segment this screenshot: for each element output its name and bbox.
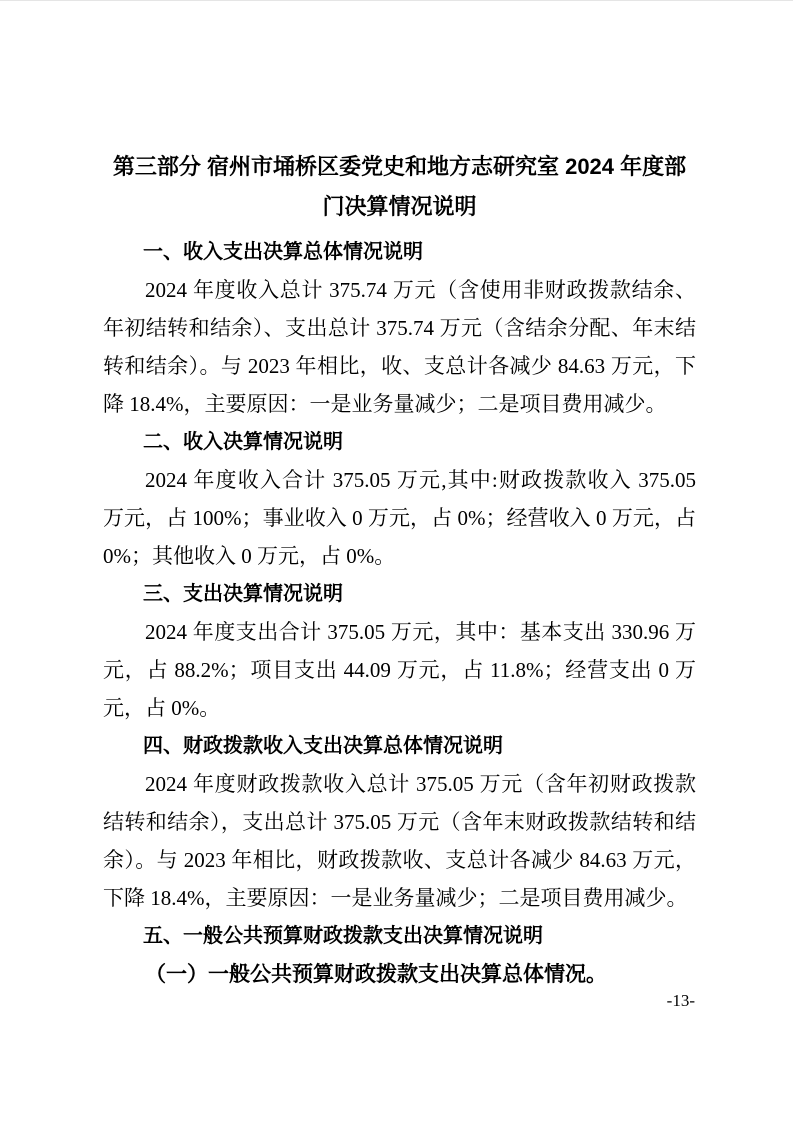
- section-1-heading: 一、收入支出决算总体情况说明: [103, 233, 696, 271]
- document-content: 第三部分 宿州市埇桥区委党史和地方志研究室 2024 年度部门决算情况说明 一、…: [103, 147, 696, 993]
- page-title: 第三部分 宿州市埇桥区委党史和地方志研究室 2024 年度部门决算情况说明: [103, 147, 696, 227]
- section-2-paragraph: 2024 年度收入合计 375.05 万元,其中:财政拨款收入 375.05 万…: [103, 461, 696, 575]
- page-number: -13-: [667, 991, 695, 1011]
- section-5-subheading: （一）一般公共预算财政拨款支出决算总体情况。: [103, 955, 696, 993]
- section-5-heading: 五、一般公共预算财政拨款支出决算情况说明: [103, 917, 696, 955]
- section-2-heading: 二、收入决算情况说明: [103, 423, 696, 461]
- section-1-paragraph: 2024 年度收入总计 375.74 万元（含使用非财政拨款结余、年初结转和结余…: [103, 271, 696, 423]
- section-3-heading: 三、支出决算情况说明: [103, 575, 696, 613]
- section-4-paragraph: 2024 年度财政拨款收入总计 375.05 万元（含年初财政拨款结转和结余），…: [103, 765, 696, 917]
- section-3-paragraph: 2024 年度支出合计 375.05 万元，其中：基本支出 330.96 万元，…: [103, 613, 696, 727]
- section-4-heading: 四、财政拨款收入支出决算总体情况说明: [103, 727, 696, 765]
- document-page: 第三部分 宿州市埇桥区委党史和地方志研究室 2024 年度部门决算情况说明 一、…: [0, 0, 793, 1122]
